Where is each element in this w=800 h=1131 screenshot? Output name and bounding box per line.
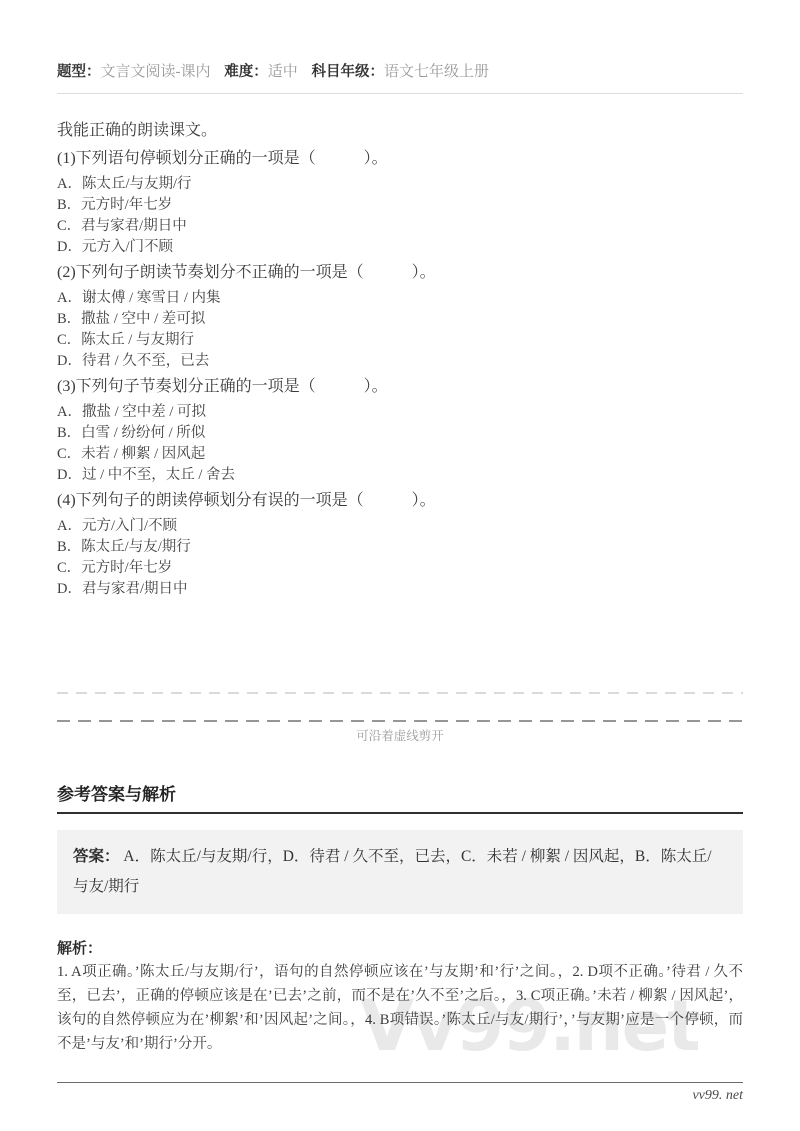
cut-dashed-line-light bbox=[57, 692, 743, 694]
question-1-option-c: C．君与家君/期日中 bbox=[57, 216, 743, 237]
question-2-option-c: C．陈太丘 / 与友期行 bbox=[57, 330, 743, 351]
option-text: 元方时/年七岁 bbox=[81, 197, 172, 213]
question-4-option-b: B．陈太丘/与友/期行 bbox=[57, 537, 743, 558]
option-letter: A． bbox=[57, 288, 82, 309]
option-letter: C． bbox=[57, 330, 81, 351]
question-4-stem: (4)下列句子的朗读停顿划分有误的一项是（ ）。 bbox=[57, 486, 743, 516]
field-difficulty-label: 难度： bbox=[224, 64, 268, 80]
quiz-body: 我能正确的朗读课文。 (1)下列语句停顿划分正确的一项是（ ）。 A．陈太丘/与… bbox=[57, 94, 743, 600]
question-3: (3)下列句子节奏划分正确的一项是（ ）。 A．撒盐 / 空中差 / 可拟 B．… bbox=[57, 372, 743, 486]
question-4-option-c: C．元方时/年七岁 bbox=[57, 558, 743, 579]
question-1-option-a: A．陈太丘/与友期/行 bbox=[57, 174, 743, 195]
option-letter: D． bbox=[57, 579, 82, 600]
analysis-label: 解析： bbox=[57, 938, 743, 960]
option-text: 撒盐 / 空中 / 差可拟 bbox=[81, 311, 205, 327]
option-text: 过 / 中不至，太丘 / 舍去 bbox=[82, 467, 235, 483]
option-text: 陈太丘/与友/期行 bbox=[81, 539, 191, 555]
field-question-type-label: 题型： bbox=[57, 64, 101, 80]
field-difficulty-value: 适中 bbox=[268, 64, 298, 80]
question-1: (1)下列语句停顿划分正确的一项是（ ）。 A．陈太丘/与友期/行 B．元方时/… bbox=[57, 144, 743, 258]
footer-site-name: vv99. net bbox=[57, 1087, 743, 1105]
option-text: 君与家君/期日中 bbox=[82, 581, 188, 597]
field-subject-grade: 科目年级：语文七年级上册 bbox=[312, 64, 490, 80]
option-letter: B． bbox=[57, 195, 81, 216]
option-letter: A． bbox=[57, 174, 82, 195]
question-3-stem: (3)下列句子节奏划分正确的一项是（ ）。 bbox=[57, 372, 743, 402]
field-subject-grade-value: 语文七年级上册 bbox=[384, 64, 489, 80]
question-2-stem: (2)下列句子朗读节奏划分不正确的一项是（ ）。 bbox=[57, 258, 743, 288]
option-letter: D． bbox=[57, 465, 82, 486]
cut-note: 可沿着虚线剪开 bbox=[57, 728, 743, 744]
option-letter: A． bbox=[57, 402, 82, 423]
option-text: 元方/入门/不顾 bbox=[82, 518, 177, 534]
question-4-option-a: A．元方/入门/不顾 bbox=[57, 516, 743, 537]
question-1-option-d: D．元方入/门不顾 bbox=[57, 237, 743, 258]
question-3-option-a: A．撒盐 / 空中差 / 可拟 bbox=[57, 402, 743, 423]
answers-title: 参考答案与解析 bbox=[57, 786, 743, 814]
option-text: 未若 / 柳絮 / 因风起 bbox=[81, 446, 205, 462]
option-text: 白雪 / 纷纷何 / 所似 bbox=[81, 425, 205, 441]
option-text: 元方时/年七岁 bbox=[81, 560, 172, 576]
question-3-option-c: C．未若 / 柳絮 / 因风起 bbox=[57, 444, 743, 465]
quiz-intro: 我能正确的朗读课文。 bbox=[57, 118, 743, 144]
field-question-type-value: 文言文阅读-课内 bbox=[101, 64, 211, 80]
analysis-section: 解析： 1. A项正确。’陈太丘/与友期/行’，语句的自然停顿应该在’与友期’和… bbox=[57, 938, 743, 1056]
question-1-stem: (1)下列语句停顿划分正确的一项是（ ）。 bbox=[57, 144, 743, 174]
option-letter: B． bbox=[57, 537, 81, 558]
footer-divider bbox=[57, 1082, 743, 1083]
option-letter: C． bbox=[57, 444, 81, 465]
worksheet-page: Vv99.net 题型：文言文阅读-课内 难度：适中 科目年级：语文七年级上册 … bbox=[0, 0, 800, 1131]
option-text: 元方入/门不顾 bbox=[82, 239, 173, 255]
question-3-option-d: D．过 / 中不至，太丘 / 舍去 bbox=[57, 465, 743, 486]
cut-dashed-line-dark bbox=[57, 720, 743, 722]
question-2: (2)下列句子朗读节奏划分不正确的一项是（ ）。 A．谢太傅 / 寒雪日 / 内… bbox=[57, 258, 743, 372]
answer-label: 答案： bbox=[73, 848, 120, 865]
option-letter: A． bbox=[57, 516, 82, 537]
answer-text: A．陈太丘/与友期/行，D．待君 / 久不至，已去，C．未若 / 柳絮 / 因风… bbox=[73, 848, 712, 895]
content-column: 题型：文言文阅读-课内 难度：适中 科目年级：语文七年级上册 我能正确的朗读课文… bbox=[57, 0, 743, 1105]
doc-footer: vv99. net bbox=[57, 1082, 743, 1105]
option-letter: D． bbox=[57, 351, 82, 372]
option-letter: D． bbox=[57, 237, 82, 258]
answer-box: 答案： A．陈太丘/与友期/行，D．待君 / 久不至，已去，C．未若 / 柳絮 … bbox=[57, 830, 743, 914]
field-question-type: 题型：文言文阅读-课内 bbox=[57, 64, 211, 80]
question-4: (4)下列句子的朗读停顿划分有误的一项是（ ）。 A．元方/入门/不顾 B．陈太… bbox=[57, 486, 743, 600]
option-letter: C． bbox=[57, 558, 81, 579]
option-letter: C． bbox=[57, 216, 81, 237]
option-text: 陈太丘/与友期/行 bbox=[82, 176, 192, 192]
doc-header: 题型：文言文阅读-课内 难度：适中 科目年级：语文七年级上册 bbox=[57, 0, 743, 94]
option-letter: B． bbox=[57, 309, 81, 330]
question-1-option-b: B．元方时/年七岁 bbox=[57, 195, 743, 216]
option-letter: B． bbox=[57, 423, 81, 444]
question-4-option-d: D．君与家君/期日中 bbox=[57, 579, 743, 600]
question-2-option-b: B．撒盐 / 空中 / 差可拟 bbox=[57, 309, 743, 330]
option-text: 陈太丘 / 与友期行 bbox=[81, 332, 194, 348]
option-text: 待君 / 久不至，已去 bbox=[82, 353, 209, 369]
question-2-option-d: D．待君 / 久不至，已去 bbox=[57, 351, 743, 372]
field-difficulty: 难度：适中 bbox=[224, 64, 298, 80]
question-3-option-b: B．白雪 / 纷纷何 / 所似 bbox=[57, 423, 743, 444]
analysis-text: 1. A项正确。’陈太丘/与友期/行’，语句的自然停顿应该在’与友期’和’行’之… bbox=[57, 960, 743, 1056]
option-text: 君与家君/期日中 bbox=[81, 218, 187, 234]
option-text: 撒盐 / 空中差 / 可拟 bbox=[82, 404, 206, 420]
question-2-option-a: A．谢太傅 / 寒雪日 / 内集 bbox=[57, 288, 743, 309]
cut-section: 可沿着虚线剪开 bbox=[57, 692, 743, 744]
option-text: 谢太傅 / 寒雪日 / 内集 bbox=[82, 290, 221, 306]
field-subject-grade-label: 科目年级： bbox=[312, 64, 385, 80]
